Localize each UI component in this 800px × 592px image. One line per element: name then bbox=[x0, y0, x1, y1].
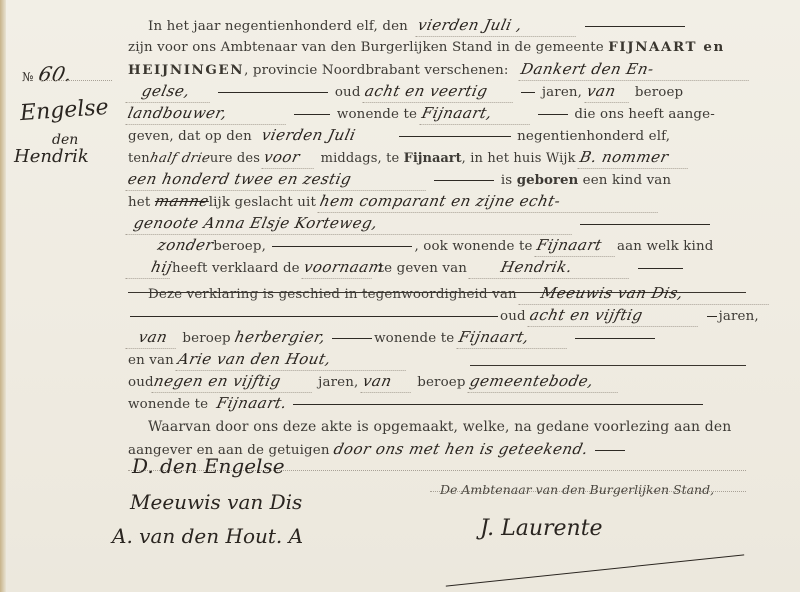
register-number: № 60. bbox=[22, 62, 73, 86]
page-binding-edge bbox=[0, 0, 6, 592]
text-line-3: HEIJNINGEN, provincie Noordbrabant versc… bbox=[128, 58, 746, 80]
handwritten-witness2: Arie van den Hout, bbox=[176, 348, 411, 371]
text-line-11: zonderberoep, , ook wonende te Fijnaarta… bbox=[128, 234, 746, 256]
text-line-18: wonende te Fijnaart. bbox=[128, 392, 746, 414]
signature-witness1: Meeuwis van Dis bbox=[130, 490, 302, 514]
fill-rule bbox=[470, 365, 746, 366]
fill-rule bbox=[585, 26, 685, 27]
text-line-15: van beroep herbergier, wonende te Fijnaa… bbox=[128, 326, 746, 348]
signature-witness2: A. van den Hout. A bbox=[112, 524, 303, 548]
birth-certificate-page: № 60. Engelse den Hendrik In het jaar ne… bbox=[0, 0, 800, 592]
text-line-2: zijn voor ons Ambtenaar van den Burgerli… bbox=[128, 36, 746, 58]
official-title: De Ambtenaar van den Burgerlijken Stand, bbox=[440, 482, 714, 497]
handwritten-declarant: Dankert den En- bbox=[519, 58, 754, 81]
handwritten-age: acht en veertig bbox=[363, 80, 518, 103]
text-line-6: geven, dat op den vierden Juli negentien… bbox=[128, 124, 746, 146]
register-number-dotline bbox=[40, 80, 112, 81]
margin-note-surname: Engelse bbox=[19, 95, 109, 126]
text-line-4: gelse, oud acht en veertig jaren, van be… bbox=[128, 80, 746, 102]
text-line-7: tenhalf drieure des voor middags, te Fij… bbox=[128, 146, 746, 168]
handwritten-mother: genoote Anna Elsje Korteweg, bbox=[126, 212, 577, 235]
signature-official: J. Laurente bbox=[480, 516, 603, 541]
text-line-8: een honderd twee en zestig is geboren ee… bbox=[128, 168, 746, 190]
text-line-14: oud acht en vijftig jaren, bbox=[128, 304, 746, 326]
text-line-1: In het jaar negentienhonderd elf, den vi… bbox=[148, 14, 746, 36]
handwritten-witness1: Meeuwis van Dis, bbox=[519, 282, 774, 305]
text-line-16: en van Arie van den Hout, bbox=[128, 348, 746, 370]
text-line-5: landbouwer, wonende te Fijnaart, die ons… bbox=[128, 102, 746, 124]
text-line-12: hijheeft verklaard de voornaam te geven … bbox=[128, 256, 746, 278]
handwritten-date: vierden Juli , bbox=[416, 14, 581, 37]
margin-note-firstname: Hendrik bbox=[14, 146, 89, 167]
municipality-name: FIJNAART en bbox=[608, 39, 725, 55]
text-line-13: Deze verklaring is geschied in tegenwoor… bbox=[148, 282, 746, 304]
handwritten-child-name: Hendrik. bbox=[469, 256, 634, 279]
handwritten-occupation: landbouwer, bbox=[126, 102, 291, 125]
text-line-19: Waarvan door ons deze akte is opgemaakt,… bbox=[148, 416, 746, 438]
text-line-10: genoote Anna Elsje Korteweg, bbox=[128, 212, 746, 234]
signature-declarant: D. den Engelse bbox=[132, 454, 285, 478]
signature-flourish bbox=[446, 554, 744, 586]
handwritten-house-number: een honderd twee en zestig bbox=[126, 168, 431, 191]
text-line-17: oudnegen en vijftig jaren, van beroep ge… bbox=[128, 370, 746, 392]
text-line-9: het mannelijk geslacht uit hem comparant… bbox=[128, 190, 746, 212]
fill-rule bbox=[218, 92, 328, 93]
